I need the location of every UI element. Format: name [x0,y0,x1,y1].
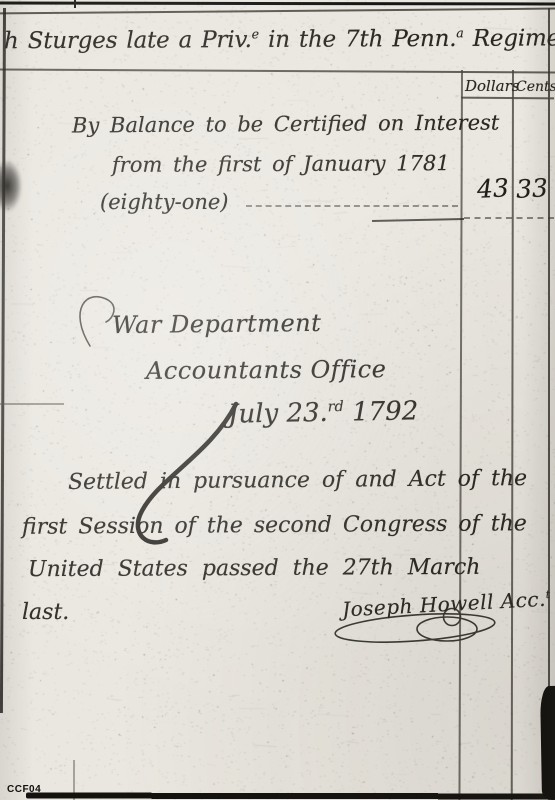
account-header-part2: in the 7th Penn. [259,26,457,53]
account-header-sup2: a [456,25,463,40]
entry-line-3: (eighty-one) [100,190,229,214]
archive-code-label: CCF04 [7,784,41,795]
signature-sup: t [545,588,551,601]
margin-tick-top [74,0,76,8]
fold-crease-left [0,403,64,405]
settlement-line-3: United States passed the 27th March [28,555,481,582]
settlement-line-4: last. [22,600,69,625]
entry-dash-fill-line [246,205,458,207]
account-header-part1: h Sturges late a Priv. [4,27,252,54]
entry-line-1: By Balance to be Certified on Interest [72,111,499,138]
right-edge-blotch [540,686,555,800]
account-header-part3: Regiment Cr. [464,25,555,52]
ink-blob-smudge [0,160,22,212]
entry-total-rule-dashed [464,217,554,219]
cents-column-header: Cents [516,79,555,95]
war-department-line: War Department [112,309,322,339]
date-line: July 23.rd 1792 [228,396,419,429]
page-right-edge-line [548,8,550,800]
date-part1: July 23. [228,398,328,430]
entry-cents-amount: 33 [515,173,548,204]
account-header-line: h Sturges late a Priv.e in the 7th Penn.… [4,24,555,54]
settlement-line-2: first Session of the second Congress of … [22,511,527,540]
scanned-ledger-page: h Sturges late a Priv.e in the 7th Penn.… [0,0,555,800]
settlement-line-1: Settled in pursuance of and Act of the [68,466,527,495]
dollars-column-header: Dollars [465,77,519,95]
entry-dollars-amount: 43 [476,173,509,204]
accountants-office-line: Accountants Office [146,355,387,385]
account-header-sup1: e [252,26,259,41]
date-part2: 1792 [344,396,419,427]
bottom-scan-band [26,793,555,800]
date-ordinal-sup: rd [328,399,344,415]
entry-line-2: from the first of January 1781 [112,151,450,177]
